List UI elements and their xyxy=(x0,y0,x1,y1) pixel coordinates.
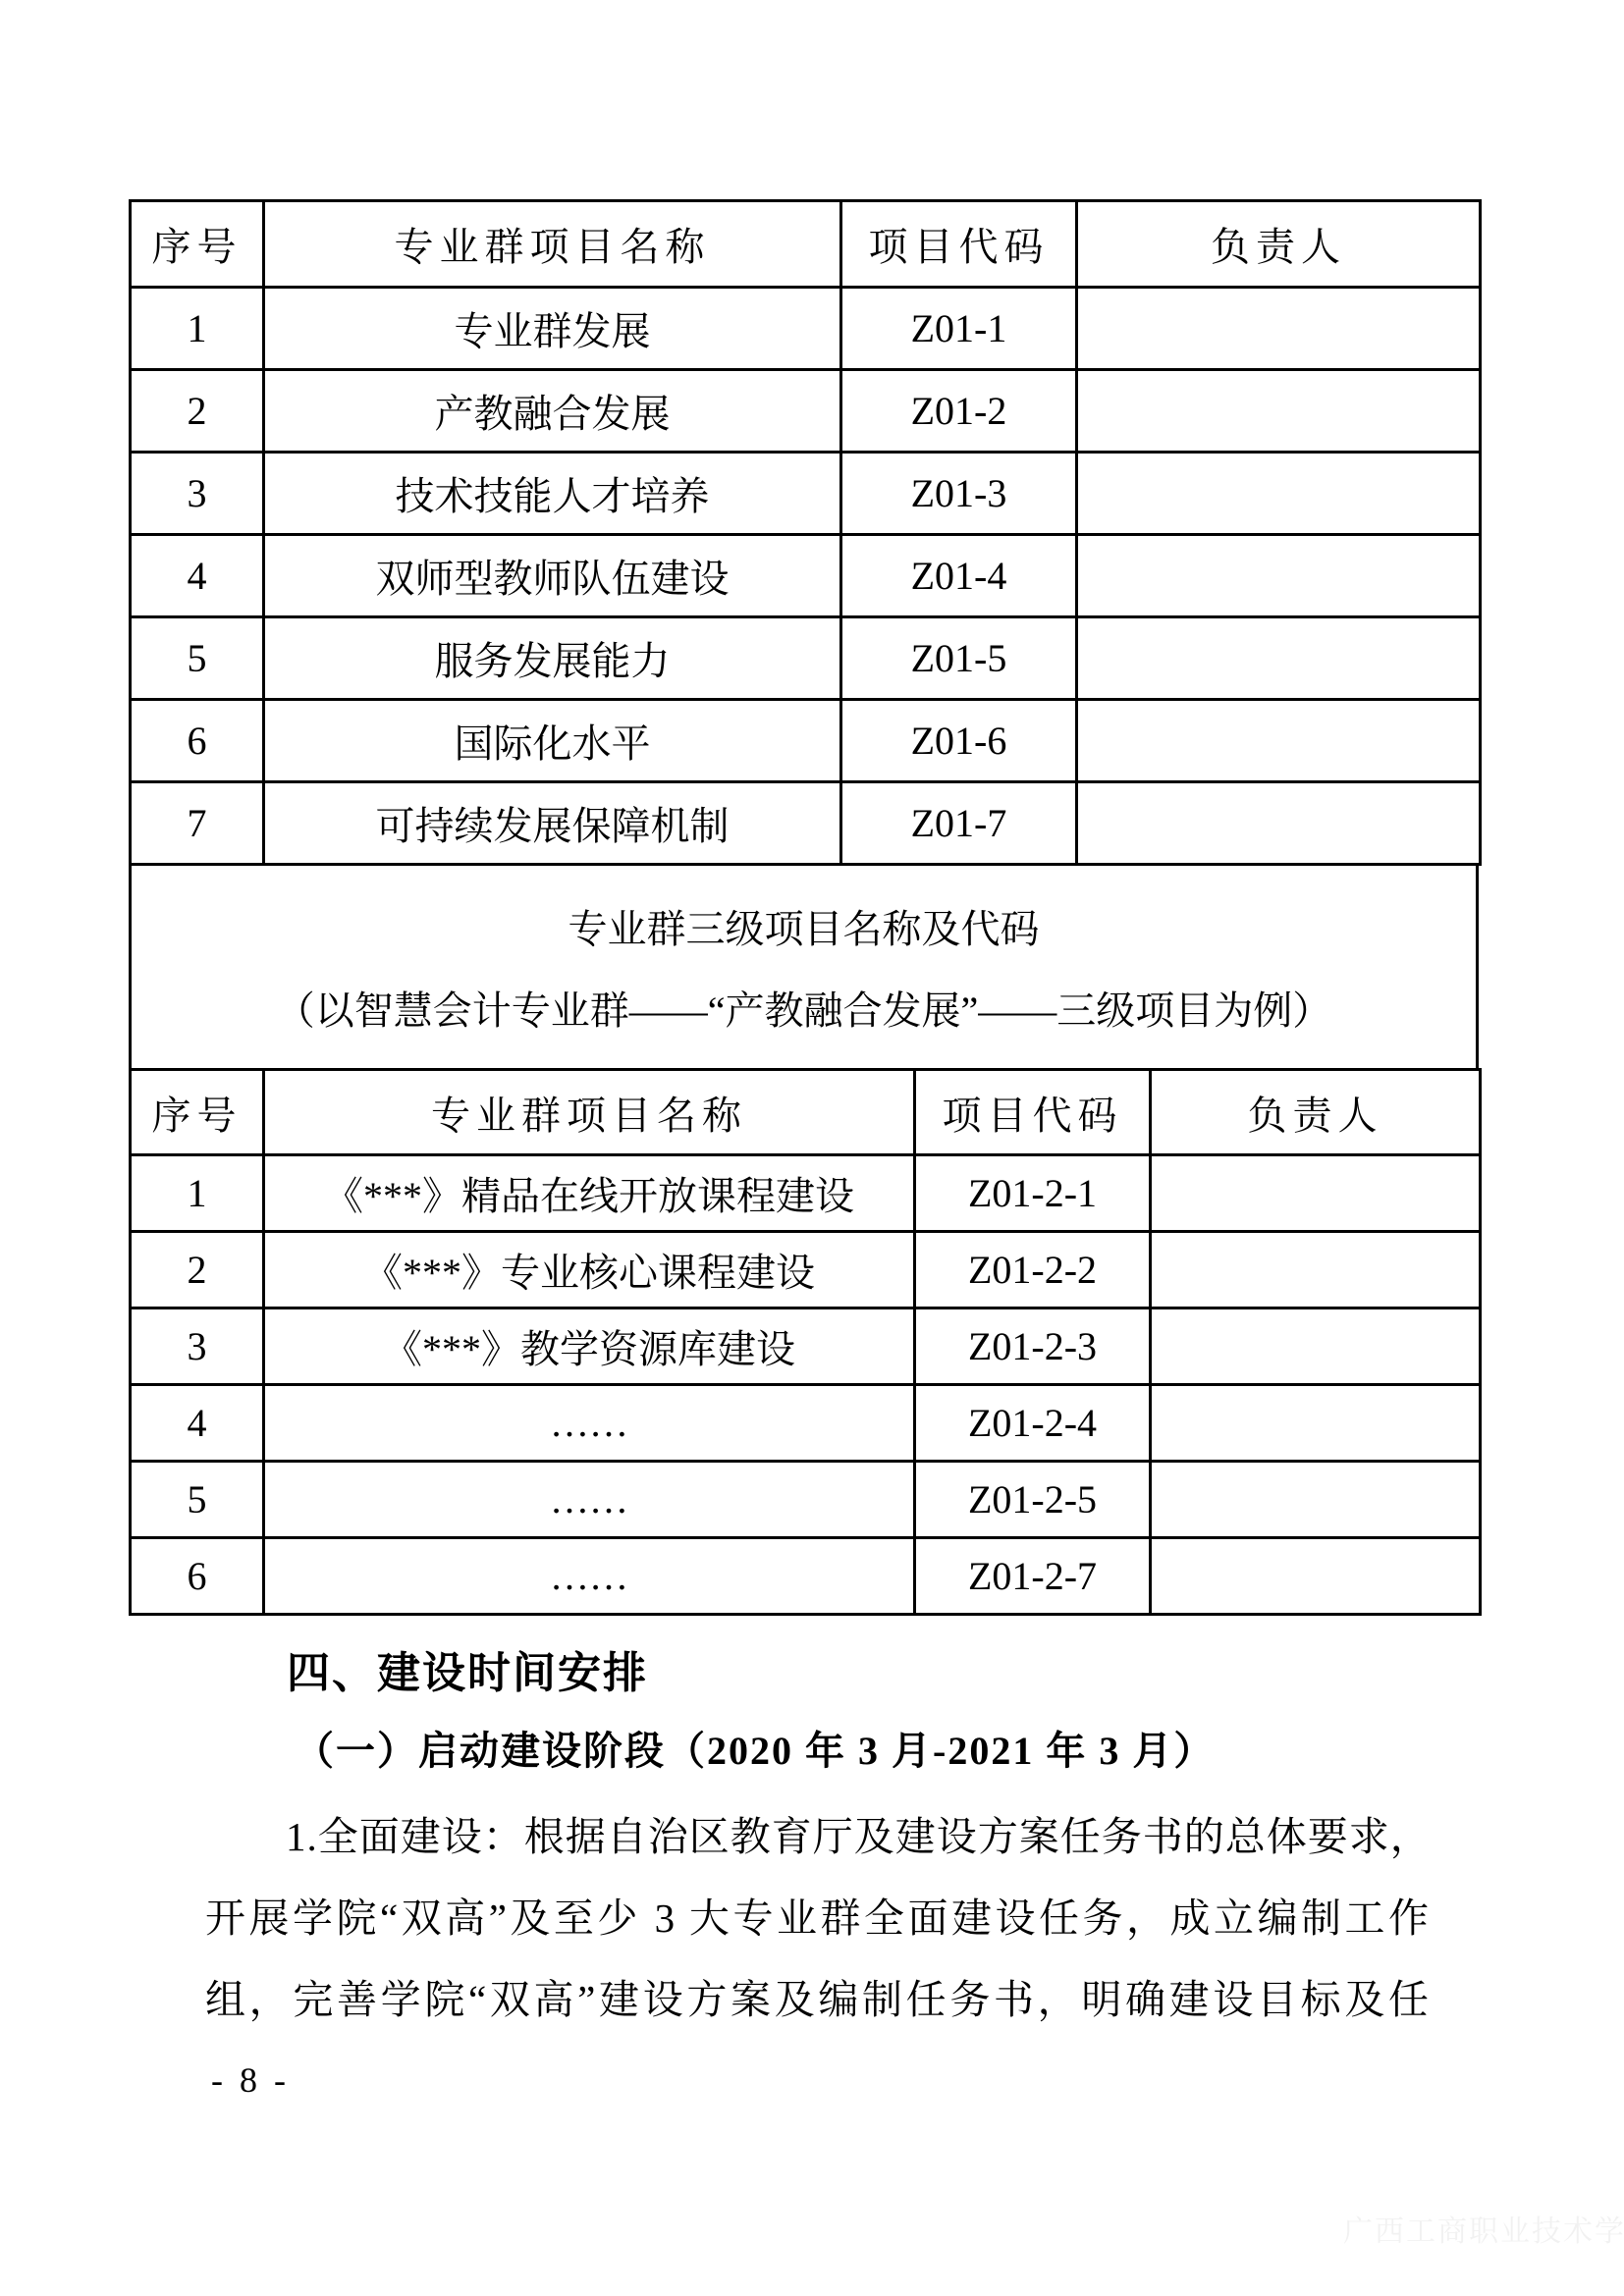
cell-no: 5 xyxy=(131,1462,264,1538)
cell-name: 产教融合发展 xyxy=(264,370,841,453)
table-row: 1 《***》精品在线开放课程建设 Z01-2-1 xyxy=(131,1155,1481,1232)
cell-name: 国际化水平 xyxy=(264,700,841,782)
cell-name: …… xyxy=(264,1385,915,1462)
cell-code: Z01-3 xyxy=(841,453,1077,535)
cell-name: 《***》精品在线开放课程建设 xyxy=(264,1155,915,1232)
cell-code: Z01-2-1 xyxy=(915,1155,1151,1232)
cell-name: 双师型教师队伍建设 xyxy=(264,535,841,617)
cell-name: 《***》专业核心课程建设 xyxy=(264,1232,915,1308)
cell-name: 技术技能人才培养 xyxy=(264,453,841,535)
cell-owner xyxy=(1151,1462,1481,1538)
table-row: 2 《***》专业核心课程建设 Z01-2-2 xyxy=(131,1232,1481,1308)
table2-header-name: 专业群项目名称 xyxy=(264,1070,915,1155)
paragraph-line: 组，完善学院“双高”建设方案及编制任务书，明确建设目标及任 xyxy=(205,1967,1430,2025)
paragraph-line: 1.全面建设：根据自治区教育厅及建设方案任务书的总体要求， xyxy=(205,1804,1430,1862)
cell-no: 3 xyxy=(131,1308,264,1385)
cell-owner xyxy=(1077,782,1481,865)
project-table-level3: 序号 专业群项目名称 项目代码 负责人 1 《***》精品在线开放课程建设 Z0… xyxy=(129,1068,1482,1616)
cell-no: 3 xyxy=(131,453,264,535)
cell-owner xyxy=(1151,1308,1481,1385)
caption-subtitle: （以智慧会计专业群——“产教融合发展”——三级项目为例） xyxy=(276,980,1332,1036)
cell-name: …… xyxy=(264,1538,915,1615)
cell-no: 1 xyxy=(131,1155,264,1232)
cell-code: Z01-2-4 xyxy=(915,1385,1151,1462)
cell-no: 2 xyxy=(131,1232,264,1308)
cell-no: 4 xyxy=(131,535,264,617)
table-row: 5 …… Z01-2-5 xyxy=(131,1462,1481,1538)
table2-header-no: 序号 xyxy=(131,1070,264,1155)
cell-owner xyxy=(1077,535,1481,617)
table2-header-owner: 负责人 xyxy=(1151,1070,1481,1155)
cell-code: Z01-2-2 xyxy=(915,1232,1151,1308)
project-tables-block: 序号 专业群项目名称 项目代码 负责人 1 专业群发展 Z01-1 2 产教融合… xyxy=(129,199,1479,1616)
table1-header-name: 专业群项目名称 xyxy=(264,201,841,288)
cell-no: 4 xyxy=(131,1385,264,1462)
table-row: 6 …… Z01-2-7 xyxy=(131,1538,1481,1615)
table1-header-code: 项目代码 xyxy=(841,201,1077,288)
table-caption-merged-cell: 专业群三级项目名称及代码 （以智慧会计专业群——“产教融合发展”——三级项目为例… xyxy=(129,866,1479,1068)
cell-name: …… xyxy=(264,1462,915,1538)
cell-name: 专业群发展 xyxy=(264,288,841,370)
cell-owner xyxy=(1077,370,1481,453)
page-number: - 8 - xyxy=(211,2059,290,2101)
table1-header-row: 序号 专业群项目名称 项目代码 负责人 xyxy=(131,201,1481,288)
cell-owner xyxy=(1077,700,1481,782)
table-row: 2 产教融合发展 Z01-2 xyxy=(131,370,1481,453)
cell-code: Z01-7 xyxy=(841,782,1077,865)
document-page: { "page": { "background": "#ffffff", "te… xyxy=(0,0,1624,2296)
cell-owner xyxy=(1077,288,1481,370)
project-table-level2: 序号 专业群项目名称 项目代码 负责人 1 专业群发展 Z01-1 2 产教融合… xyxy=(129,199,1482,866)
table-row: 3 技术技能人才培养 Z01-3 xyxy=(131,453,1481,535)
cell-no: 6 xyxy=(131,700,264,782)
cell-code: Z01-5 xyxy=(841,617,1077,700)
watermark-text: 广西工商职业技术学院 xyxy=(1343,2207,1624,2250)
cell-owner xyxy=(1151,1385,1481,1462)
table-row: 4 双师型教师队伍建设 Z01-4 xyxy=(131,535,1481,617)
cell-name: 《***》教学资源库建设 xyxy=(264,1308,915,1385)
cell-owner xyxy=(1151,1538,1481,1615)
table-row: 7 可持续发展保障机制 Z01-7 xyxy=(131,782,1481,865)
cell-owner xyxy=(1151,1232,1481,1308)
cell-no: 2 xyxy=(131,370,264,453)
cell-no: 6 xyxy=(131,1538,264,1615)
cell-owner xyxy=(1077,453,1481,535)
subsection-heading: （一）启动建设阶段（2020 年 3 月-2021 年 3 月） xyxy=(295,1720,1215,1776)
caption-title: 专业群三级项目名称及代码 xyxy=(568,898,1040,954)
cell-no: 5 xyxy=(131,617,264,700)
cell-code: Z01-6 xyxy=(841,700,1077,782)
table1-header-no: 序号 xyxy=(131,201,264,288)
section-heading: 四、建设时间安排 xyxy=(287,1637,648,1700)
table2-header-code: 项目代码 xyxy=(915,1070,1151,1155)
table-row: 6 国际化水平 Z01-6 xyxy=(131,700,1481,782)
table2-header-row: 序号 专业群项目名称 项目代码 负责人 xyxy=(131,1070,1481,1155)
cell-code: Z01-2-5 xyxy=(915,1462,1151,1538)
cell-name: 可持续发展保障机制 xyxy=(264,782,841,865)
table-row: 4 …… Z01-2-4 xyxy=(131,1385,1481,1462)
cell-code: Z01-2-3 xyxy=(915,1308,1151,1385)
table-row: 5 服务发展能力 Z01-5 xyxy=(131,617,1481,700)
table-row: 3 《***》教学资源库建设 Z01-2-3 xyxy=(131,1308,1481,1385)
cell-code: Z01-2-7 xyxy=(915,1538,1151,1615)
cell-code: Z01-2 xyxy=(841,370,1077,453)
cell-no: 7 xyxy=(131,782,264,865)
paragraph-line: 开展学院“双高”及至少 3 大专业群全面建设任务，成立编制工作 xyxy=(205,1886,1430,1944)
cell-name: 服务发展能力 xyxy=(264,617,841,700)
cell-no: 1 xyxy=(131,288,264,370)
table-row: 1 专业群发展 Z01-1 xyxy=(131,288,1481,370)
table1-header-owner: 负责人 xyxy=(1077,201,1481,288)
cell-owner xyxy=(1077,617,1481,700)
cell-owner xyxy=(1151,1155,1481,1232)
cell-code: Z01-4 xyxy=(841,535,1077,617)
cell-code: Z01-1 xyxy=(841,288,1077,370)
